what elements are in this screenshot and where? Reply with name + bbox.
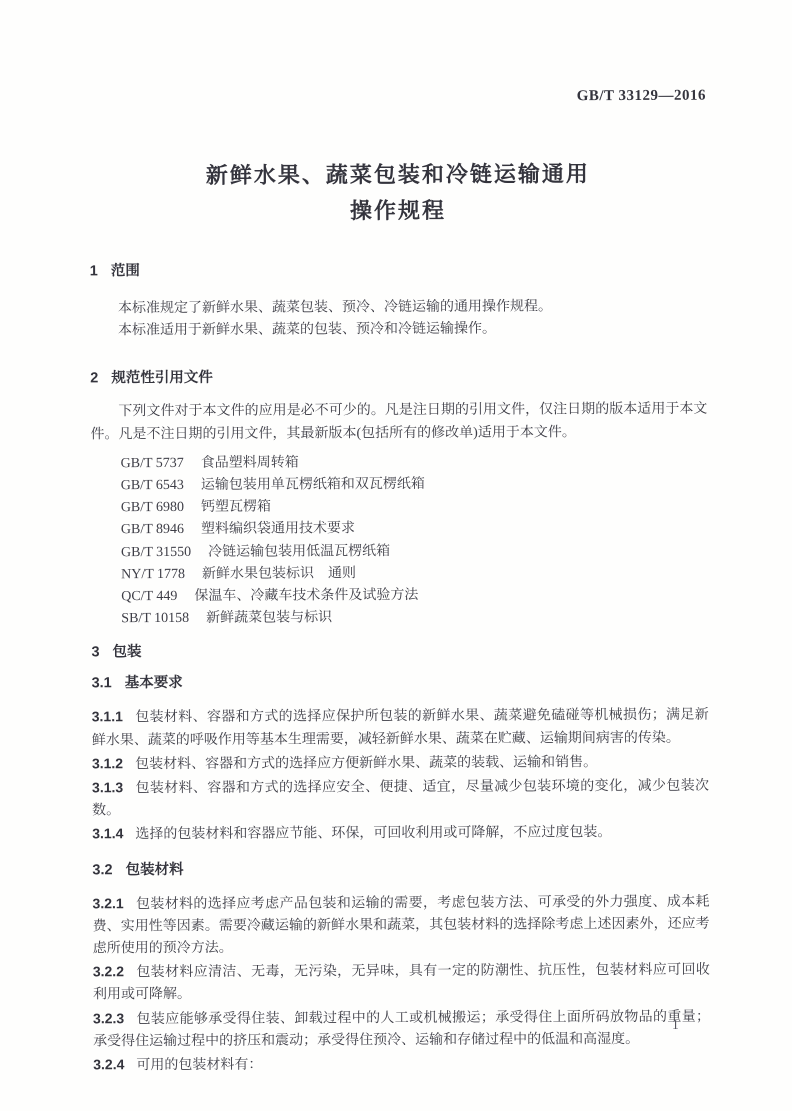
clause-number: 3.1.4 bbox=[92, 826, 123, 842]
section-3-number: 3 bbox=[91, 645, 99, 661]
reference-title: 运输包装用单瓦楞纸箱和双瓦楞纸箱 bbox=[201, 477, 425, 493]
clause-text: 选择的包装材料和容器应节能、环保，可回收利用或可降解，不应过度包装。 bbox=[135, 826, 611, 843]
clause-number: 3.1.3 bbox=[92, 779, 123, 795]
clause-3-1-1: 3.1.1包装材料、容器和方式的选择应保护所包装的新鲜水果、蔬菜避免磕碰等机械损… bbox=[92, 703, 709, 752]
document-page: GB/T 33129—2016 新鲜水果、蔬菜包装和冷链运输通用 操作规程 1范… bbox=[0, 0, 792, 1111]
clause-3-2-1: 3.2.1包装材料的选择应考虑产品包装和运输的需要，考虑包装方法、可承受的外力强… bbox=[92, 889, 709, 960]
scope-paragraph-1: 本标准规定了新鲜水果、蔬菜包装、预冷、冷链运输的通用操作规程。 bbox=[90, 296, 707, 321]
clause-text: 包装材料、容器和方式的选择应方便新鲜水果、蔬菜的装载、运输和销售。 bbox=[135, 755, 597, 772]
clause-text: 包装材料应清洁、无毒，无污染，无异味，具有一定的防潮性、抗压性，包装材料应可回收… bbox=[93, 963, 710, 1003]
section-3-title: 包装 bbox=[112, 645, 141, 661]
clause-text: 包装应能够承受得住装、卸载过程中的人工或机械搬运；承受得住上面所码放物品的重量；… bbox=[93, 1009, 710, 1049]
clause-number: 3.2.3 bbox=[93, 1010, 124, 1026]
reference-item: GB/T 6543运输包装用单瓦楞纸箱和双瓦楞纸箱 bbox=[121, 473, 708, 498]
reference-title: 钙塑瓦楞箱 bbox=[201, 500, 271, 515]
clause-text: 包装材料、容器和方式的选择应保护所包装的新鲜水果、蔬菜避免磕碰等机械损伤；满足新… bbox=[92, 708, 709, 748]
clause-3-2-3: 3.2.3包装应能够承受得住装、卸载过程中的人工或机械搬运；承受得住上面所码放物… bbox=[93, 1004, 710, 1053]
clause-number: 3.2.1 bbox=[92, 895, 123, 911]
reference-item: GB/T 8946塑料编织袋通用技术要求 bbox=[121, 517, 708, 542]
page-number: 1 bbox=[672, 1017, 679, 1033]
clause-text: 包装材料的选择应考虑产品包装和运输的需要，考虑包装方法、可承受的外力强度、成本耗… bbox=[93, 894, 710, 956]
reference-item: NY/T 1778新鲜水果包装标识 通则 bbox=[121, 561, 708, 586]
subsection-3-2-number: 3.2 bbox=[92, 862, 112, 878]
reference-title: 保温车、冷藏车技术条件及试验方法 bbox=[194, 588, 418, 604]
reference-code: GB/T 31550 bbox=[121, 545, 191, 560]
reference-code: NY/T 1778 bbox=[121, 567, 185, 582]
clause-number: 3.2.2 bbox=[93, 963, 124, 979]
reference-item: GB/T 6980钙塑瓦楞箱 bbox=[121, 495, 708, 520]
reference-code: GB/T 6980 bbox=[121, 500, 184, 515]
subsection-3-2-title: 包装材料 bbox=[126, 862, 184, 878]
reference-item: GB/T 31550冷链运输包装用低温瓦楞纸箱 bbox=[121, 539, 708, 564]
reference-item: QC/T 449保温车、冷藏车技术条件及试验方法 bbox=[121, 584, 708, 609]
reference-title: 食品塑料周转箱 bbox=[201, 455, 299, 470]
section-1-title: 范围 bbox=[111, 263, 140, 279]
clause-3-2-4: 3.2.4可用的包装材料有： bbox=[93, 1051, 710, 1078]
reference-item: SB/T 10158新鲜蔬菜包装与标识 bbox=[121, 606, 708, 631]
section-1-heading: 1范围 bbox=[90, 261, 707, 280]
subsection-3-1-title: 基本要求 bbox=[125, 675, 183, 691]
section-2-heading: 2规范性引用文件 bbox=[90, 368, 707, 387]
scope-paragraph-2: 本标准适用于新鲜水果、蔬菜的包装、预冷和冷链运输操作。 bbox=[90, 318, 707, 343]
clause-3-1-3: 3.1.3包装材料、容器和方式的选择应安全、便捷、适宜，尽量减少包装环境的变化，… bbox=[92, 774, 709, 823]
reference-item: GB/T 5737食品塑料周转箱 bbox=[121, 450, 708, 475]
section-3-heading: 3包装 bbox=[91, 642, 708, 661]
reference-code: GB/T 8946 bbox=[121, 522, 184, 537]
standard-code: GB/T 33129—2016 bbox=[89, 0, 706, 106]
reference-code: GB/T 6543 bbox=[121, 478, 184, 493]
title-line-2: 操作规程 bbox=[89, 192, 706, 231]
subsection-3-2-heading: 3.2包装材料 bbox=[92, 859, 709, 878]
subsection-3-1-heading: 3.1基本要求 bbox=[92, 673, 709, 692]
reference-list: GB/T 5737食品塑料周转箱 GB/T 6543运输包装用单瓦楞纸箱和双瓦楞… bbox=[91, 450, 709, 630]
clause-number: 3.2.4 bbox=[93, 1056, 124, 1072]
reference-title: 新鲜蔬菜包装与标识 bbox=[206, 611, 332, 627]
section-2-title: 规范性引用文件 bbox=[111, 370, 213, 386]
reference-code: QC/T 449 bbox=[121, 589, 177, 604]
section-2-number: 2 bbox=[90, 371, 98, 387]
clause-number: 3.1.2 bbox=[92, 755, 123, 771]
title-line-1: 新鲜水果、蔬菜包装和冷链运输通用 bbox=[89, 156, 706, 195]
section-1-number: 1 bbox=[90, 263, 98, 279]
reference-title: 冷链运输包装用低温瓦楞纸箱 bbox=[208, 544, 390, 560]
reference-title: 塑料编织袋通用技术要求 bbox=[201, 522, 355, 538]
clause-text: 包装材料、容器和方式的选择应安全、便捷、适宜，尽量减少包装环境的变化，减少包装次… bbox=[92, 779, 709, 819]
clause-3-2-2: 3.2.2包装材料应清洁、无毒，无污染，无异味，具有一定的防潮性、抗压性，包装材… bbox=[93, 958, 710, 1007]
clause-3-1-2: 3.1.2包装材料、容器和方式的选择应方便新鲜水果、蔬菜的装载、运输和销售。 bbox=[92, 749, 709, 776]
clause-3-1-4: 3.1.4选择的包装材料和容器应节能、环保，可回收利用或可降解，不应过度包装。 bbox=[92, 820, 709, 847]
reference-title: 新鲜水果包装标识 通则 bbox=[202, 566, 356, 582]
normative-intro-paragraph: 下列文件对于本文件的应用是必不可少的。凡是注日期的引用文件，仅注日期的版本适用于… bbox=[90, 399, 707, 446]
reference-code: GB/T 5737 bbox=[121, 456, 184, 471]
page-content: GB/T 33129—2016 新鲜水果、蔬菜包装和冷链运输通用 操作规程 1范… bbox=[0, 0, 792, 1078]
document-title: 新鲜水果、蔬菜包装和冷链运输通用 操作规程 bbox=[89, 156, 706, 231]
clause-text: 可用的包装材料有： bbox=[136, 1058, 262, 1074]
subsection-3-1-number: 3.1 bbox=[92, 676, 112, 692]
reference-code: SB/T 10158 bbox=[121, 611, 189, 626]
clause-number: 3.1.1 bbox=[92, 709, 123, 725]
